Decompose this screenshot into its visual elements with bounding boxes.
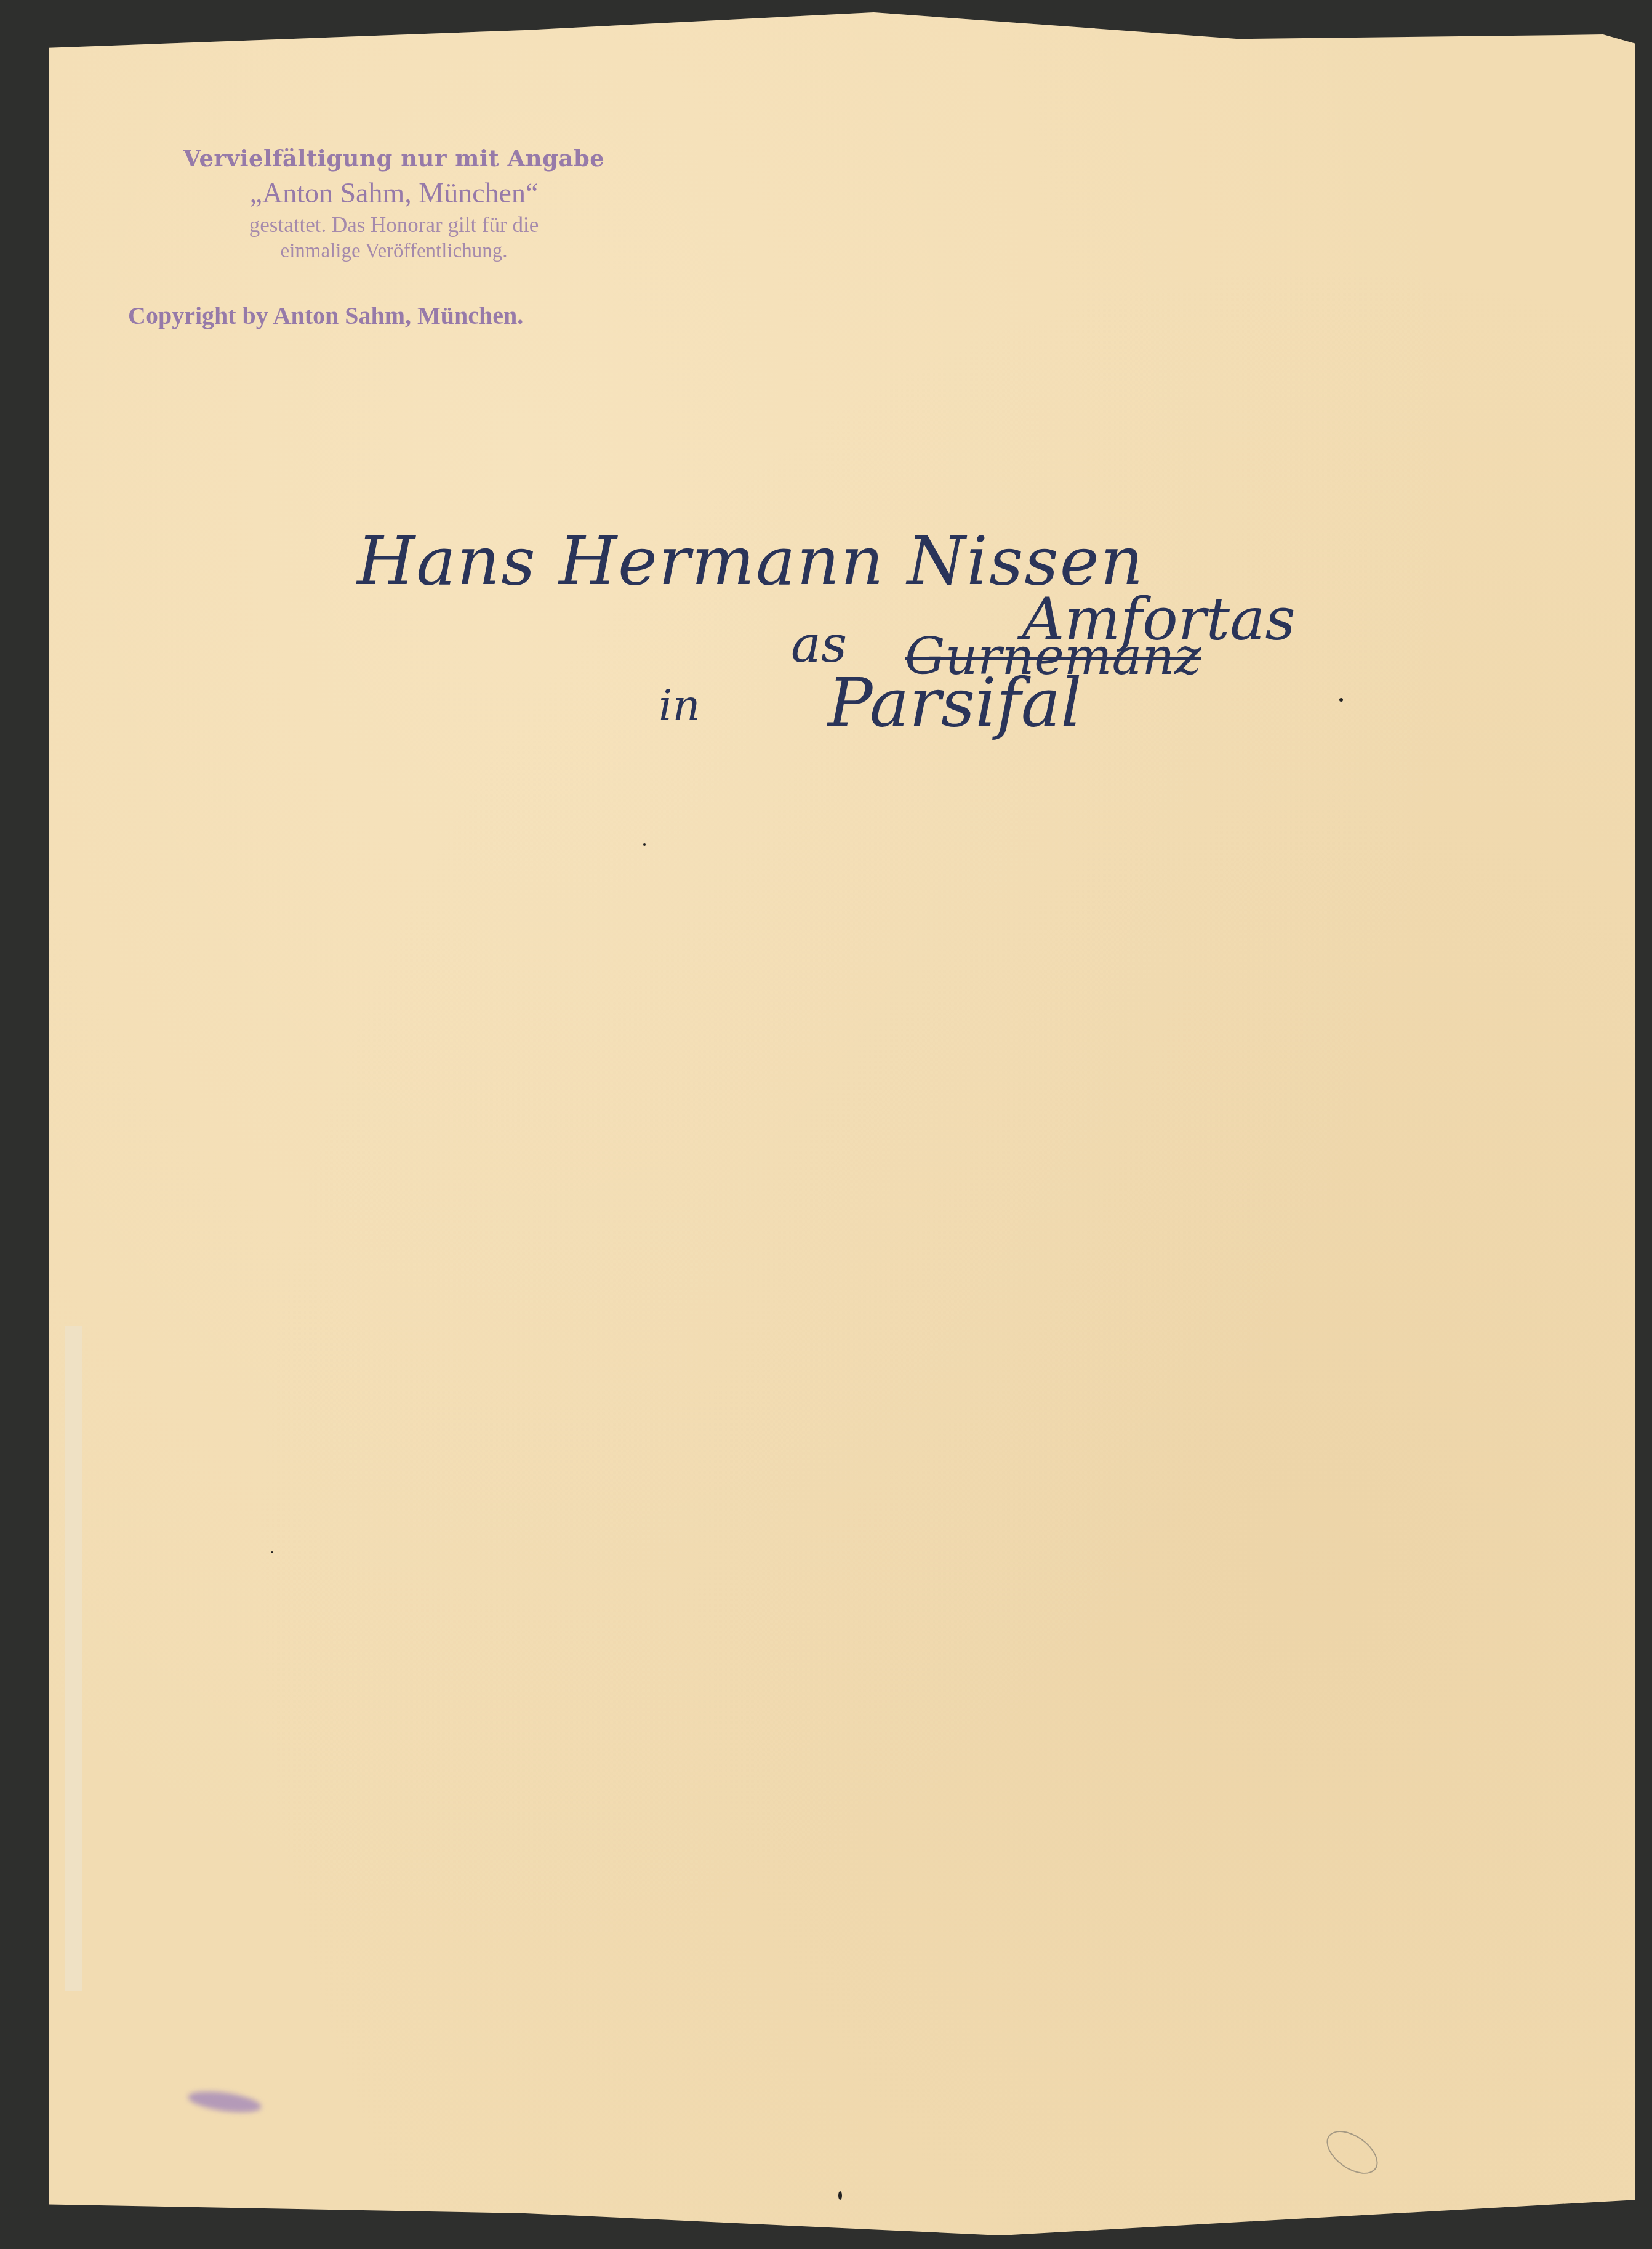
inscription-role: Amfortas <box>1022 585 1296 654</box>
photographer-stamp: Vervielfältigung nur mit Angabe „Anton S… <box>123 145 665 330</box>
speck <box>1339 698 1343 702</box>
speck <box>838 2191 842 2200</box>
stamp-copyright: Copyright by Anton Sahm, München. <box>123 301 665 330</box>
speck <box>643 843 646 846</box>
stamp-line-3: gestattet. Das Honorar gilt für die <box>123 213 665 238</box>
stamp-line-1: Vervielfältigung nur mit Angabe <box>123 145 665 172</box>
torn-edge-notch <box>65 1326 82 1991</box>
stamp-line-2: „Anton Sahm, München“ <box>123 177 665 209</box>
stamp-line-4: einmalige Veröffentlichung. <box>123 240 665 263</box>
speck <box>271 1551 273 1553</box>
inscription-in: in <box>659 680 700 731</box>
inscription-opera: Parsifal <box>828 665 1082 742</box>
photo-card-back: Vervielfältigung nur mit Angabe „Anton S… <box>49 12 1635 2235</box>
